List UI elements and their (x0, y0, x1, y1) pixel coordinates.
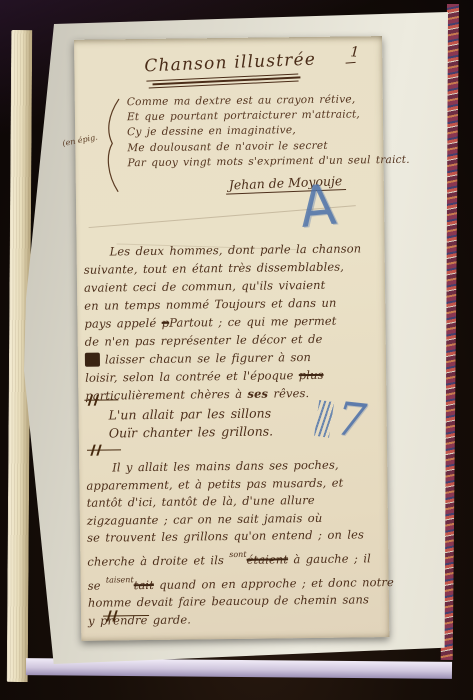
word: Partout ; ce qui me permet (169, 314, 336, 330)
manuscript-line: de n'en pas représenter le décor et de (85, 329, 363, 350)
inserted-word: sont (229, 550, 246, 559)
manuscript-line: Par quoy vingt mots s'expriment d'un seu… (127, 153, 409, 172)
word: quand on en approche ; et donc notre (154, 575, 394, 592)
inserted-word: taisent (106, 575, 134, 584)
manuscript-title: Chanson illustrée (144, 50, 316, 77)
song-couplet: L'un allait par les sillonsOuïr chanter … (108, 404, 273, 442)
word: loisir, selon la contrée et l'époque (85, 368, 299, 385)
manuscript-line: loisir, selon la contrée et l'époque plu… (85, 365, 363, 386)
title-underline (146, 73, 298, 90)
book-photo-scene: Chanson illustrée 1 (en épig. Comme ma d… (0, 0, 473, 700)
struck-word: tait (134, 578, 154, 592)
word: rêves. (268, 386, 309, 401)
paragraph-proof-mark (87, 449, 121, 450)
manuscript-line: Ouïr chanter les grillons. (109, 422, 274, 442)
word: à gauche ; il (288, 551, 371, 566)
manuscript-line: cherche à droite et ils sontétaient à ga… (87, 544, 393, 571)
blue-pencil-scribble (314, 400, 334, 438)
manuscript-line: homme devait faire beaucoup de chemin sa… (88, 591, 394, 612)
manuscript-line: y prendre garde. (88, 609, 394, 630)
word: se (88, 578, 106, 592)
word: cherche à droite et ils (87, 553, 229, 569)
manuscript-line: L'un allait par les sillons (108, 404, 273, 424)
word: ses (247, 387, 268, 401)
manuscript-sheet: Chanson illustrée 1 (en épig. Comme ma d… (74, 36, 389, 641)
struck-word: p (162, 316, 170, 330)
struck-word: plus (299, 368, 324, 382)
word: laisser chacun se le figurer à son (100, 350, 312, 367)
word: pays appelé (84, 316, 161, 331)
blotted-word: la (85, 353, 100, 367)
struck-word: étaient (247, 552, 289, 567)
blue-pencil-number-seven: 7 (334, 391, 369, 448)
epigraph-poem: Comme ma dextre est au crayon rétive,Et … (127, 92, 410, 171)
epigraph-brace (103, 97, 124, 193)
paragraph-two: Il y allait les mains dans ses poches,ap… (86, 456, 394, 630)
blue-pencil-letter-a: A (297, 173, 339, 241)
page-number: 1 (350, 44, 360, 60)
paragraph-one: Les deux hommes, dont parle la chansonsu… (83, 239, 363, 404)
